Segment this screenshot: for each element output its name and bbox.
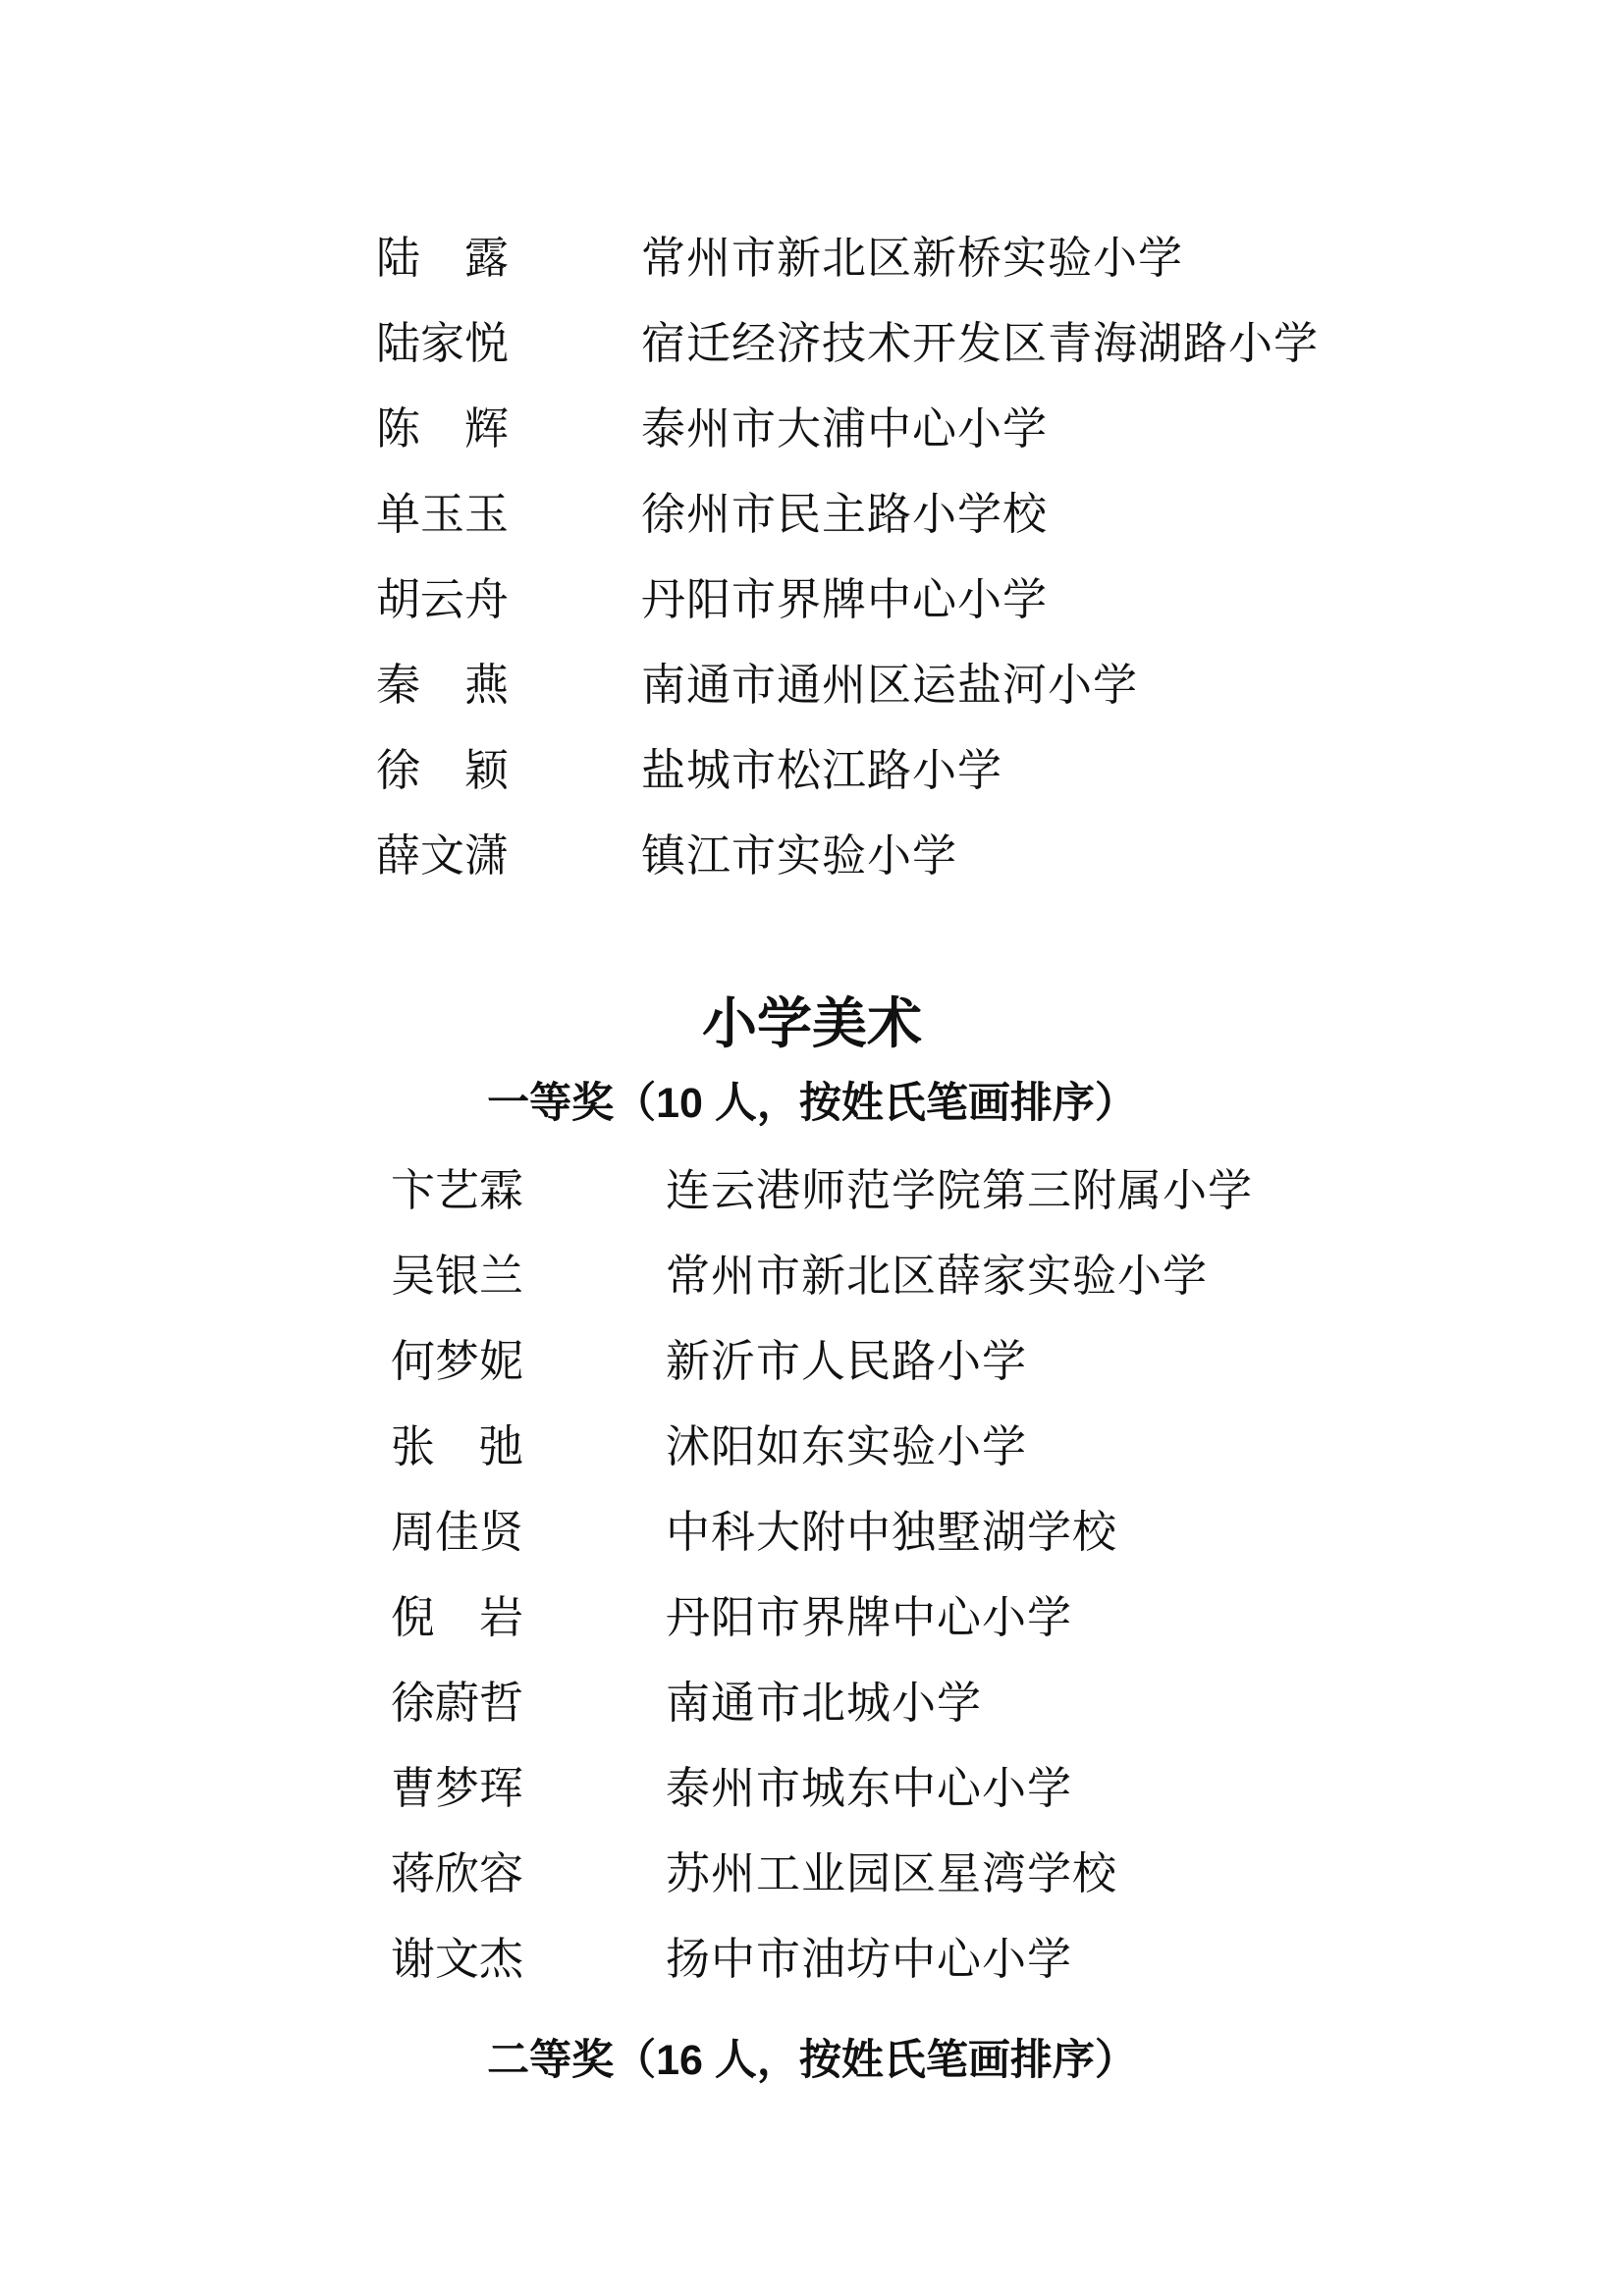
award-row: 蒋欣容 苏州工业园区星湾学校 (0, 1849, 1624, 1908)
winner-name: 周佳贤 (391, 1508, 523, 1559)
school-name: 常州市新北区薛家实验小学 (666, 1252, 1208, 1303)
school-name: 泰州市城东中心小学 (666, 1764, 1072, 1815)
winner-name: 蒋欣容 (391, 1849, 523, 1900)
school-name: 宿迁经济技术开发区青海湖路小学 (641, 319, 1319, 370)
award-row: 薛文潇 镇江市实验小学 (0, 831, 1624, 890)
winner-name: 张 弛 (391, 1422, 523, 1473)
award-row: 何梦妮 新沂市人民路小学 (0, 1337, 1624, 1396)
first-prize-heading: 一等奖（10 人，按姓氏笔画排序） (0, 1080, 1624, 1128)
school-name: 中科大附中独墅湖学校 (666, 1508, 1117, 1559)
award-row: 吴银兰 常州市新北区薛家实验小学 (0, 1252, 1624, 1310)
award-row: 周佳贤 中科大附中独墅湖学校 (0, 1508, 1624, 1567)
winner-name: 秦 燕 (376, 661, 509, 712)
award-row: 徐 颖 盐城市松江路小学 (0, 746, 1624, 805)
award-row: 徐蔚哲 南通市北城小学 (0, 1679, 1624, 1737)
school-name: 镇江市实验小学 (641, 831, 957, 882)
award-row: 张 弛 沭阳如东实验小学 (0, 1422, 1624, 1481)
winner-name: 吴银兰 (391, 1252, 523, 1303)
award-row: 陆家悦 宿迁经济技术开发区青海湖路小学 (0, 319, 1624, 378)
school-name: 新沂市人民路小学 (666, 1337, 1027, 1388)
award-row: 单玉玉 徐州市民主路小学校 (0, 490, 1624, 549)
school-name: 泰州市大浦中心小学 (641, 404, 1048, 455)
award-row: 曹梦珲 泰州市城东中心小学 (0, 1764, 1624, 1823)
school-name: 丹阳市界牌中心小学 (641, 575, 1048, 626)
school-name: 徐州市民主路小学校 (641, 490, 1048, 541)
award-row: 倪 岩 丹阳市界牌中心小学 (0, 1593, 1624, 1652)
second-prize-heading: 二等奖（16 人，按姓氏笔画排序） (0, 2037, 1624, 2085)
winner-name: 曹梦珲 (391, 1764, 523, 1815)
winner-name: 单玉玉 (376, 490, 509, 541)
school-name: 丹阳市界牌中心小学 (666, 1593, 1072, 1644)
winner-name: 谢文杰 (391, 1935, 523, 1986)
school-name: 南通市北城小学 (666, 1679, 982, 1730)
school-name: 南通市通州区运盐河小学 (641, 661, 1138, 712)
section-title: 小学美术 (0, 993, 1624, 1054)
school-name: 扬中市油坊中心小学 (666, 1935, 1072, 1986)
winner-name: 徐 颖 (376, 746, 509, 797)
winner-name: 何梦妮 (391, 1337, 523, 1388)
school-name: 常州市新北区新桥实验小学 (641, 234, 1183, 285)
award-row: 卞艺霖 连云港师范学院第三附属小学 (0, 1166, 1624, 1225)
school-name: 盐城市松江路小学 (641, 746, 1002, 797)
winner-name: 卞艺霖 (391, 1166, 523, 1217)
award-row: 陆 露 常州市新北区新桥实验小学 (0, 234, 1624, 293)
document-page: 陆 露 常州市新北区新桥实验小学 陆家悦 宿迁经济技术开发区青海湖路小学 陈 辉… (0, 0, 1624, 2296)
winner-name: 胡云舟 (376, 575, 509, 626)
award-row: 秦 燕 南通市通州区运盐河小学 (0, 661, 1624, 720)
award-row: 陈 辉 泰州市大浦中心小学 (0, 404, 1624, 463)
winner-name: 陆 露 (376, 234, 509, 285)
winner-name: 陆家悦 (376, 319, 509, 370)
winner-name: 陈 辉 (376, 404, 509, 455)
winner-name: 薛文潇 (376, 831, 509, 882)
winner-name: 徐蔚哲 (391, 1679, 523, 1730)
school-name: 连云港师范学院第三附属小学 (666, 1166, 1253, 1217)
school-name: 苏州工业园区星湾学校 (666, 1849, 1117, 1900)
award-row: 谢文杰 扬中市油坊中心小学 (0, 1935, 1624, 1994)
award-row: 胡云舟 丹阳市界牌中心小学 (0, 575, 1624, 634)
school-name: 沭阳如东实验小学 (666, 1422, 1027, 1473)
winner-name: 倪 岩 (391, 1593, 523, 1644)
